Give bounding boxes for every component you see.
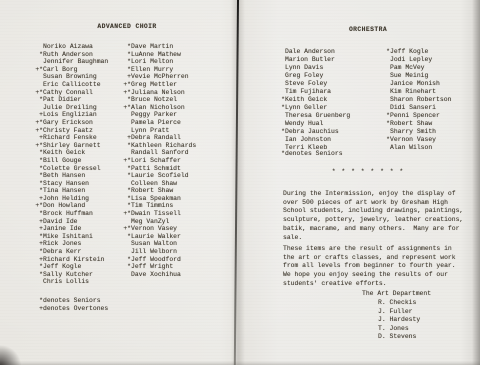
- person-name: Jeff Kogle: [390, 48, 428, 56]
- person-name: Penni Spencer: [390, 112, 440, 120]
- list-item: *Pat Didier: [33, 96, 108, 104]
- art-items-paragraph: These items are the result of assignment…: [283, 245, 456, 289]
- list-item: *denotes Seniors: [279, 150, 343, 158]
- person-name: Keith Geick: [285, 96, 327, 104]
- orchestra-title: ORCHESTRA: [246, 26, 480, 34]
- senior-overtone-marker: +*: [121, 210, 131, 218]
- list-item: +*Vernon Vasey: [121, 225, 196, 233]
- list-item: Susan Walton: [121, 240, 196, 248]
- senior-overtone-marker: +*: [121, 225, 131, 233]
- person-name: Colette Gressel: [43, 165, 101, 173]
- person-name: Randall Sanford: [131, 149, 189, 157]
- person-name: Eric Callicotte: [43, 81, 101, 89]
- senior-overtone-marker: [33, 58, 43, 66]
- list-item: Pamela Pierce: [121, 119, 196, 127]
- person-name: Richard Fenske: [43, 134, 97, 142]
- senior-overtone-marker: +: [33, 111, 43, 119]
- senior-overtone-marker: +: [33, 305, 43, 313]
- list-item: *Patti Schmidt: [121, 165, 196, 173]
- scanned-program-sheet: ADVANCED CHOIR Noriko Aizawa*Ruth Anders…: [0, 0, 480, 365]
- orchestra-column-1: Dale AndersonMarion ButlerLynn DavisGreg…: [279, 48, 350, 152]
- senior-overtone-marker: +: [33, 240, 43, 248]
- list-item: +*Christy Faatz: [33, 127, 108, 135]
- list-item: +Richard Fenske: [33, 134, 108, 142]
- list-item: *Vernon Vasey: [384, 136, 451, 144]
- senior-overtone-marker: [121, 271, 131, 279]
- person-name: Alan Wilson: [390, 144, 432, 152]
- senior-overtone-marker: [121, 127, 131, 135]
- person-name: Theresa Gruenberg: [285, 112, 350, 120]
- list-item: T. Jones: [378, 325, 420, 334]
- scan-bottom-edge-shadow: [0, 361, 480, 365]
- choir-column-2: *Dave Martin*LuAnne Mathew*Lori Melton*E…: [121, 43, 196, 278]
- intermission-paragraph: During the Intermission, enjoy the displ…: [283, 190, 463, 242]
- choir-column-1: Noriko Aizawa*Ruth AndersonJennifer Baug…: [33, 43, 108, 286]
- list-item: *Debra Kerr: [33, 248, 108, 256]
- senior-overtone-marker: *: [33, 210, 43, 218]
- senior-overtone-marker: *: [33, 297, 43, 305]
- list-item: D. Stevens: [378, 333, 420, 342]
- senior-overtone-marker: *: [121, 187, 131, 195]
- person-name: Sharry Smith: [390, 128, 436, 136]
- person-name: Bill Gouge: [43, 157, 81, 165]
- person-name: Susan Browning: [43, 73, 97, 81]
- senior-overtone-marker: *: [121, 233, 131, 241]
- art-department-members: R. CheckisJ. FullerJ. HardestyT. JonesD.…: [378, 299, 420, 342]
- list-item: *Brock Huffman: [33, 210, 108, 218]
- person-name: denotes Seniors: [43, 297, 101, 305]
- person-name: Lynn Davis: [285, 64, 323, 72]
- senior-overtone-marker: +: [33, 134, 43, 142]
- senior-overtone-marker: +*: [33, 66, 43, 74]
- list-item: Sharon Robertson: [384, 96, 451, 104]
- list-item: +*Dwain Tissell: [121, 210, 196, 218]
- list-item: Peggy Parker: [121, 111, 196, 119]
- person-name: Jill Welborn: [131, 248, 177, 256]
- list-item: Wendy Hual: [279, 120, 350, 128]
- list-item: Sharry Smith: [384, 128, 451, 136]
- person-name: Jodi Lepley: [390, 56, 432, 64]
- person-name: Christy Faatz: [43, 127, 93, 135]
- person-name: Laurie Scofield: [131, 172, 189, 180]
- senior-overtone-marker: *: [33, 157, 43, 165]
- senior-overtone-marker: +*: [33, 202, 43, 210]
- list-item: Pam McVey: [384, 64, 451, 72]
- list-item: Tim Fujihara: [279, 88, 350, 96]
- senior-overtone-marker: [121, 119, 131, 127]
- list-item: Steve Foley: [279, 80, 350, 88]
- person-name: Chris Lollis: [43, 278, 89, 286]
- person-name: Susan Walton: [131, 240, 177, 248]
- person-name: Dwain Tissell: [131, 210, 181, 218]
- person-name: Vernon Vasey: [131, 225, 177, 233]
- list-item: +*Gary Erickson: [33, 119, 108, 127]
- list-item: *Colette Gressel: [33, 165, 108, 173]
- senior-overtone-marker: *: [121, 165, 131, 173]
- person-name: Janice Monish: [390, 80, 440, 88]
- senior-overtone-marker: +*: [121, 157, 131, 165]
- list-item: +Rick Jones: [33, 240, 108, 248]
- person-name: Vernon Vasey: [390, 136, 436, 144]
- senior-overtone-marker: *: [33, 51, 43, 59]
- senior-overtone-marker: *: [33, 248, 43, 256]
- list-item: R. Checkis: [378, 299, 420, 308]
- person-name: Kim Rinehart: [390, 88, 436, 96]
- list-item: Kim Rinehart: [384, 88, 451, 96]
- senior-overtone-marker: [33, 43, 43, 51]
- person-name: Lori Melton: [131, 58, 173, 66]
- list-item: Jill Welborn: [121, 248, 196, 256]
- list-item: Eric Callicotte: [33, 81, 108, 89]
- orchestra-column-2: *Jeff KogleJodi LepleyPam McVeySue Meini…: [384, 48, 451, 152]
- list-item: *denotes Seniors: [33, 297, 108, 305]
- senior-overtone-marker: *: [33, 149, 43, 157]
- list-item: *Jeff Kogle: [33, 263, 108, 271]
- list-item: *Penni Spencer: [384, 112, 451, 120]
- list-item: +Debra Randall: [121, 134, 196, 142]
- list-item: +*Greg Mettler: [121, 81, 196, 89]
- person-name: Bruce Notzel: [131, 96, 177, 104]
- senior-overtone-marker: [121, 240, 131, 248]
- person-name: Jeff Kogle: [43, 263, 81, 271]
- art-department-heading: The Art Department: [362, 290, 431, 298]
- list-item: *Robert Shaw: [121, 187, 196, 195]
- list-item: *Jeff Kogle: [384, 48, 451, 56]
- person-name: denotes Seniors: [285, 150, 343, 158]
- person-name: Debra Kerr: [43, 248, 81, 256]
- person-name: Lori Schaffer: [131, 157, 181, 165]
- list-item: +*Lori Schaffer: [121, 157, 196, 165]
- list-item: Dave Xochihua: [121, 271, 196, 279]
- person-name: Beth Hansen: [43, 172, 85, 180]
- senior-overtone-marker: [121, 111, 131, 119]
- person-name: Patti Schmidt: [131, 165, 181, 173]
- person-name: Pat Didier: [43, 96, 81, 104]
- person-name: Dale Anderson: [285, 48, 335, 56]
- senior-overtone-marker: *: [33, 172, 43, 180]
- person-name: Jeff Wright: [131, 263, 173, 271]
- person-name: Pamela Pierce: [131, 119, 181, 127]
- list-item: +Lois Englizian: [33, 111, 108, 119]
- person-name: Janine Ide: [43, 225, 81, 233]
- person-name: Peggy Parker: [131, 111, 177, 119]
- list-item: Marion Butler: [279, 56, 350, 64]
- list-item: Jodi Lepley: [384, 56, 451, 64]
- person-name: Dave Xochihua: [131, 271, 181, 279]
- list-item: Susan Browning: [33, 73, 108, 81]
- person-name: Sue Meinig: [390, 72, 428, 80]
- person-name: Jennifer Baughman: [43, 58, 108, 66]
- person-name: Rick Jones: [43, 240, 81, 248]
- person-name: Ian Johnston: [285, 136, 331, 144]
- list-item: *Debra Jauchius: [279, 128, 350, 136]
- person-name: Robert Shaw: [390, 120, 432, 128]
- senior-overtone-marker: *: [121, 96, 131, 104]
- list-item: Noriko Aizawa: [33, 43, 108, 51]
- senior-overtone-marker: *: [121, 172, 131, 180]
- list-item: *Lynn Geller: [279, 104, 350, 112]
- senior-overtone-marker: +*: [33, 119, 43, 127]
- list-item: +*Don Howland: [33, 202, 108, 210]
- senior-overtone-marker: [121, 248, 131, 256]
- list-item: J. Fuller: [378, 308, 420, 317]
- orchestra-footnotes: *denotes Seniors: [279, 150, 343, 158]
- person-name: Lynn Pratt: [131, 127, 169, 135]
- person-name: Gary Erickson: [43, 119, 93, 127]
- person-name: denotes Overtones: [43, 305, 108, 313]
- senior-overtone-marker: *: [121, 43, 131, 51]
- list-item: Ian Johnston: [279, 136, 350, 144]
- person-name: Vevie McPherren: [131, 73, 189, 81]
- list-item: *Laurie Scofield: [121, 172, 196, 180]
- list-item: Theresa Gruenberg: [279, 112, 350, 120]
- person-name: Wendy Hual: [285, 120, 323, 128]
- senior-overtone-marker: *: [33, 263, 43, 271]
- list-item: *Keith Geick: [279, 96, 350, 104]
- list-item: Lynn Pratt: [121, 127, 196, 135]
- list-item: Sue Meinig: [384, 72, 451, 80]
- scan-right-edge-shadow: [472, 0, 480, 365]
- list-item: *Tim Timmins: [121, 202, 196, 210]
- person-name: Greg Foley: [285, 72, 323, 80]
- senior-overtone-marker: +: [121, 73, 131, 81]
- person-name: Don Howland: [43, 202, 85, 210]
- person-name: Dave Martin: [131, 43, 173, 51]
- list-item: *Bill Gouge: [33, 157, 108, 165]
- person-name: Debra Jauchius: [285, 128, 339, 136]
- person-name: Tim Fujihara: [285, 88, 331, 96]
- choir-footnotes: *denotes Seniors+denotes Overtones: [33, 297, 108, 313]
- senior-overtone-marker: [121, 149, 131, 157]
- senior-overtone-marker: *: [121, 263, 131, 271]
- senior-overtone-marker: +*: [121, 104, 131, 112]
- list-item: Greg Foley: [279, 72, 350, 80]
- senior-overtone-marker: +*: [33, 127, 43, 135]
- list-item: *Jeff Wright: [121, 263, 196, 271]
- person-name: Tina Hansen: [43, 187, 85, 195]
- senior-overtone-marker: [33, 278, 43, 286]
- scan-corner-smudge: [0, 344, 21, 365]
- list-item: Jennifer Baughman: [33, 58, 108, 66]
- senior-overtone-marker: *: [121, 58, 131, 66]
- person-name: Marion Butler: [285, 56, 335, 64]
- person-name: Lois Englizian: [43, 111, 97, 119]
- list-item: Alan Wilson: [384, 144, 451, 152]
- list-item: J. Hardesty: [378, 316, 420, 325]
- person-name: Robert Shaw: [131, 187, 173, 195]
- senior-overtone-marker: *: [33, 96, 43, 104]
- senior-overtone-marker: *: [121, 142, 131, 150]
- person-name: Didi Sanseri: [390, 104, 436, 112]
- list-item: *Robert Shaw: [384, 120, 451, 128]
- list-item: +Vevie McPherren: [121, 73, 196, 81]
- senior-overtone-marker: *: [33, 165, 43, 173]
- list-item: Randall Sanford: [121, 149, 196, 157]
- person-name: Sharon Robertson: [390, 96, 451, 104]
- list-item: Janice Monish: [384, 80, 451, 88]
- list-item: *Tina Hansen: [33, 187, 108, 195]
- list-item: *Beth Hansen: [33, 172, 108, 180]
- list-item: *Bruce Notzel: [121, 96, 196, 104]
- list-item: Didi Sanseri: [384, 104, 451, 112]
- senior-overtone-marker: +: [121, 134, 131, 142]
- list-item: Dale Anderson: [279, 48, 350, 56]
- person-name: Tim Timmins: [131, 202, 173, 210]
- person-name: Steve Foley: [285, 80, 327, 88]
- person-name: Keith Geick: [43, 149, 85, 157]
- person-name: Pam McVey: [390, 64, 425, 72]
- senior-overtone-marker: [33, 73, 43, 81]
- person-name: Debra Randall: [131, 134, 181, 142]
- list-item: Lynn Davis: [279, 64, 350, 72]
- list-item: +Janine Ide: [33, 225, 108, 233]
- list-item: Chris Lollis: [33, 278, 108, 286]
- senior-overtone-marker: [33, 81, 43, 89]
- senior-overtone-marker: +: [33, 225, 43, 233]
- list-item: *Lori Melton: [121, 58, 196, 66]
- advanced-choir-title: ADVANCED CHOIR: [8, 23, 246, 31]
- senior-overtone-marker: *: [33, 271, 43, 279]
- senior-overtone-marker: *: [33, 187, 43, 195]
- list-item: +denotes Overtones: [33, 305, 108, 313]
- list-item: *Keith Geick: [33, 149, 108, 157]
- person-name: Brock Huffman: [43, 210, 93, 218]
- star-separator: * * * * * * * *: [255, 168, 480, 176]
- list-item: *Dave Martin: [121, 43, 196, 51]
- person-name: Lynn Geller: [285, 104, 327, 112]
- senior-overtone-marker: +*: [121, 81, 131, 89]
- senior-overtone-marker: *: [121, 202, 131, 210]
- person-name: Noriko Aizawa: [43, 43, 93, 51]
- person-name: Greg Mettler: [131, 81, 177, 89]
